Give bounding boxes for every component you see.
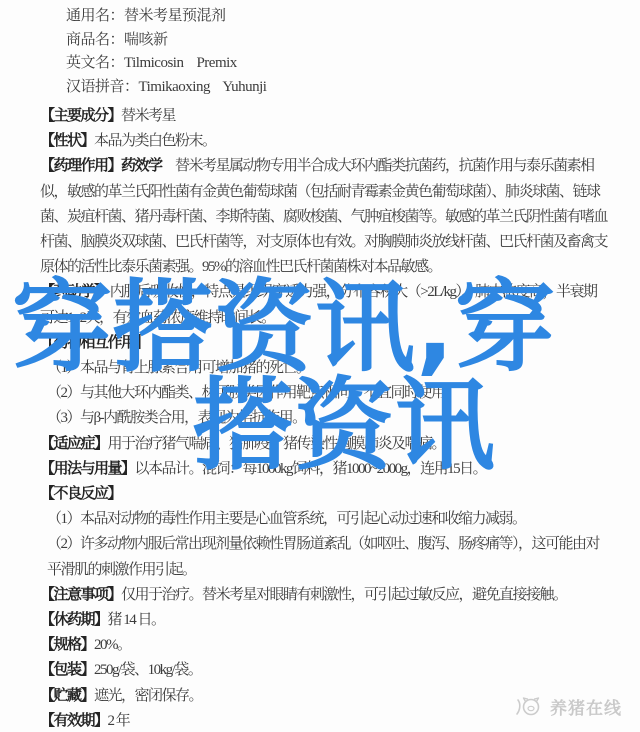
interaction-item-3-text: （3）与β-内酰胺类合用，表现为拮抗作用。 <box>47 410 306 426</box>
interaction-item-1: （1）本品与肾上腺素合用可增加猪的死亡。 <box>40 356 608 381</box>
section-pharmacokinetics: 【药动学】 内服后吸收快，特点是组织穿透力强，分布容积大（>2L/kg）。肺中浓… <box>40 280 608 330</box>
section-indications-body: 用于治疗猪气喘病、猪肺疫、猪传染性胸膜肺炎及喘病。 <box>108 436 446 452</box>
section-packaging-head: 【包装】 <box>40 662 94 678</box>
section-main-ingredient-body: 替米考星 <box>121 108 175 124</box>
site-logo-text: 养猪在线 <box>550 694 622 719</box>
section-properties-body: 本品为类白色粉末。 <box>94 133 216 149</box>
section-withdrawal-period-head: 【休药期】 <box>40 612 108 628</box>
section-withdrawal-period: 【休药期】猪 14 日。 <box>40 608 608 633</box>
section-dosage-head: 【用法与用量】 <box>40 461 135 477</box>
section-pharmacokinetics-head: 【药动学】 <box>40 284 108 300</box>
interaction-item-3: （3）与β-内酰胺类合用，表现为拮抗作用。 <box>40 406 608 431</box>
section-precautions-head: 【注意事项】 <box>40 587 121 603</box>
adverse-item-2-text: （2）许多动物内服后常出现剂量依赖性胃肠道紊乱（如呕吐、腹泻、肠疼痛等），这可能… <box>47 536 599 577</box>
section-main-ingredient: 【主要成分】替米考星 <box>40 104 608 129</box>
pig-icon <box>514 695 544 719</box>
section-dosage-body: 以本品计。混饲：每1000kg饲料，猪1000~2000g，连用15日。 <box>135 461 487 477</box>
section-precautions: 【注意事项】仅用于治疗。替米考星对眼睛有刺激性，可引起过敏反应，避免直接接触。 <box>40 583 608 608</box>
interaction-item-1-text: （1）本品与肾上腺素合用可增加猪的死亡。 <box>47 360 310 376</box>
section-pharmacokinetics-body: 内服后吸收快，特点是组织穿透力强，分布容积大（>2L/kg）。肺中浓度高，半衰期… <box>40 284 597 325</box>
field-generic-name-text: 通用名：替米考星预混剂 <box>66 8 226 24</box>
section-drug-interactions: 【药物相互作用】 <box>40 331 608 356</box>
section-expiry-head: 【有效期】 <box>40 713 108 729</box>
drug-leaflet-page: 通用名：替米考星预混剂 商品名：喘咳新 英文名：Tilmicosin Premi… <box>0 0 640 732</box>
section-storage-body: 遮光，密闭保存。 <box>94 688 202 704</box>
section-withdrawal-period-body: 猪 14 日。 <box>108 612 165 628</box>
section-adverse-reactions: 【不良反应】 <box>40 482 608 507</box>
field-generic-name: 通用名：替米考星预混剂 <box>66 5 608 29</box>
section-pharmacology-subhead: 药效学 <box>121 158 162 174</box>
field-trade-name: 商品名：喘咳新 <box>66 29 608 53</box>
adverse-item-1: （1）本品对动物的毒性作用主要是心血管系统，可引起心动过速和收缩力减弱。 <box>40 507 608 532</box>
section-properties: 【性状】本品为类白色粉末。 <box>40 129 608 154</box>
field-english-name-text: 英文名：Tilmicosin Premix <box>66 55 237 71</box>
section-indications: 【适应症】用于治疗猪气喘病、猪肺疫、猪传染性胸膜肺炎及喘病。 <box>40 432 608 457</box>
section-specification: 【规格】20%。 <box>40 633 608 658</box>
section-specification-head: 【规格】 <box>40 637 94 653</box>
section-dosage: 【用法与用量】以本品计。混饲：每1000kg饲料，猪1000~2000g，连用1… <box>40 457 608 482</box>
section-pharmacology-body: 替米考星属动物专用半合成大环内酯类抗菌药，抗菌作用与泰乐菌素相似，敏感的革兰氏阳… <box>40 158 607 275</box>
section-pharmacology: 【药理作用】药效学 替米考星属动物专用半合成大环内酯类抗菌药，抗菌作用与泰乐菌素… <box>40 154 608 280</box>
drug-leaflet: 通用名：替米考星预混剂 商品名：喘咳新 英文名：Tilmicosin Premi… <box>40 5 608 732</box>
interaction-item-2: （2）与其他大环内酯类、林可胺类因作用靶点相同，不宜同时使用。 <box>40 381 608 406</box>
field-english-name: 英文名：Tilmicosin Premix <box>66 52 608 76</box>
section-packaging-body: 250g/袋、10kg/袋。 <box>94 662 201 678</box>
field-pinyin: 汉语拼音：Timikaoxing Yuhunji <box>66 76 608 100</box>
section-drug-interactions-head: 【药物相互作用】 <box>40 335 148 351</box>
section-pharmacology-head: 【药理作用】 <box>40 158 121 174</box>
section-adverse-reactions-head: 【不良反应】 <box>40 486 121 502</box>
site-logo: 养猪在线 <box>514 694 622 719</box>
section-specification-body: 20%。 <box>94 637 131 653</box>
section-precautions-body: 仅用于治疗。替米考星对眼睛有刺激性，可引起过敏反应，避免直接接触。 <box>121 587 567 603</box>
field-trade-name-text: 商品名：喘咳新 <box>66 32 168 48</box>
section-indications-head: 【适应症】 <box>40 436 108 452</box>
section-properties-head: 【性状】 <box>40 133 94 149</box>
adverse-item-2: （2）许多动物内服后常出现剂量依赖性胃肠道紊乱（如呕吐、腹泻、肠疼痛等），这可能… <box>40 532 608 582</box>
section-expiry-body: 2 年 <box>108 713 130 729</box>
section-storage-head: 【贮藏】 <box>40 688 94 704</box>
section-main-ingredient-head: 【主要成分】 <box>40 108 121 124</box>
adverse-item-1-text: （1）本品对动物的毒性作用主要是心血管系统，可引起心动过速和收缩力减弱。 <box>47 511 526 527</box>
field-pinyin-text: 汉语拼音：Timikaoxing Yuhunji <box>66 79 266 95</box>
interaction-item-2-text: （2）与其他大环内酯类、林可胺类因作用靶点相同，不宜同时使用。 <box>47 385 458 401</box>
section-packaging: 【包装】250g/袋、10kg/袋。 <box>40 658 608 683</box>
